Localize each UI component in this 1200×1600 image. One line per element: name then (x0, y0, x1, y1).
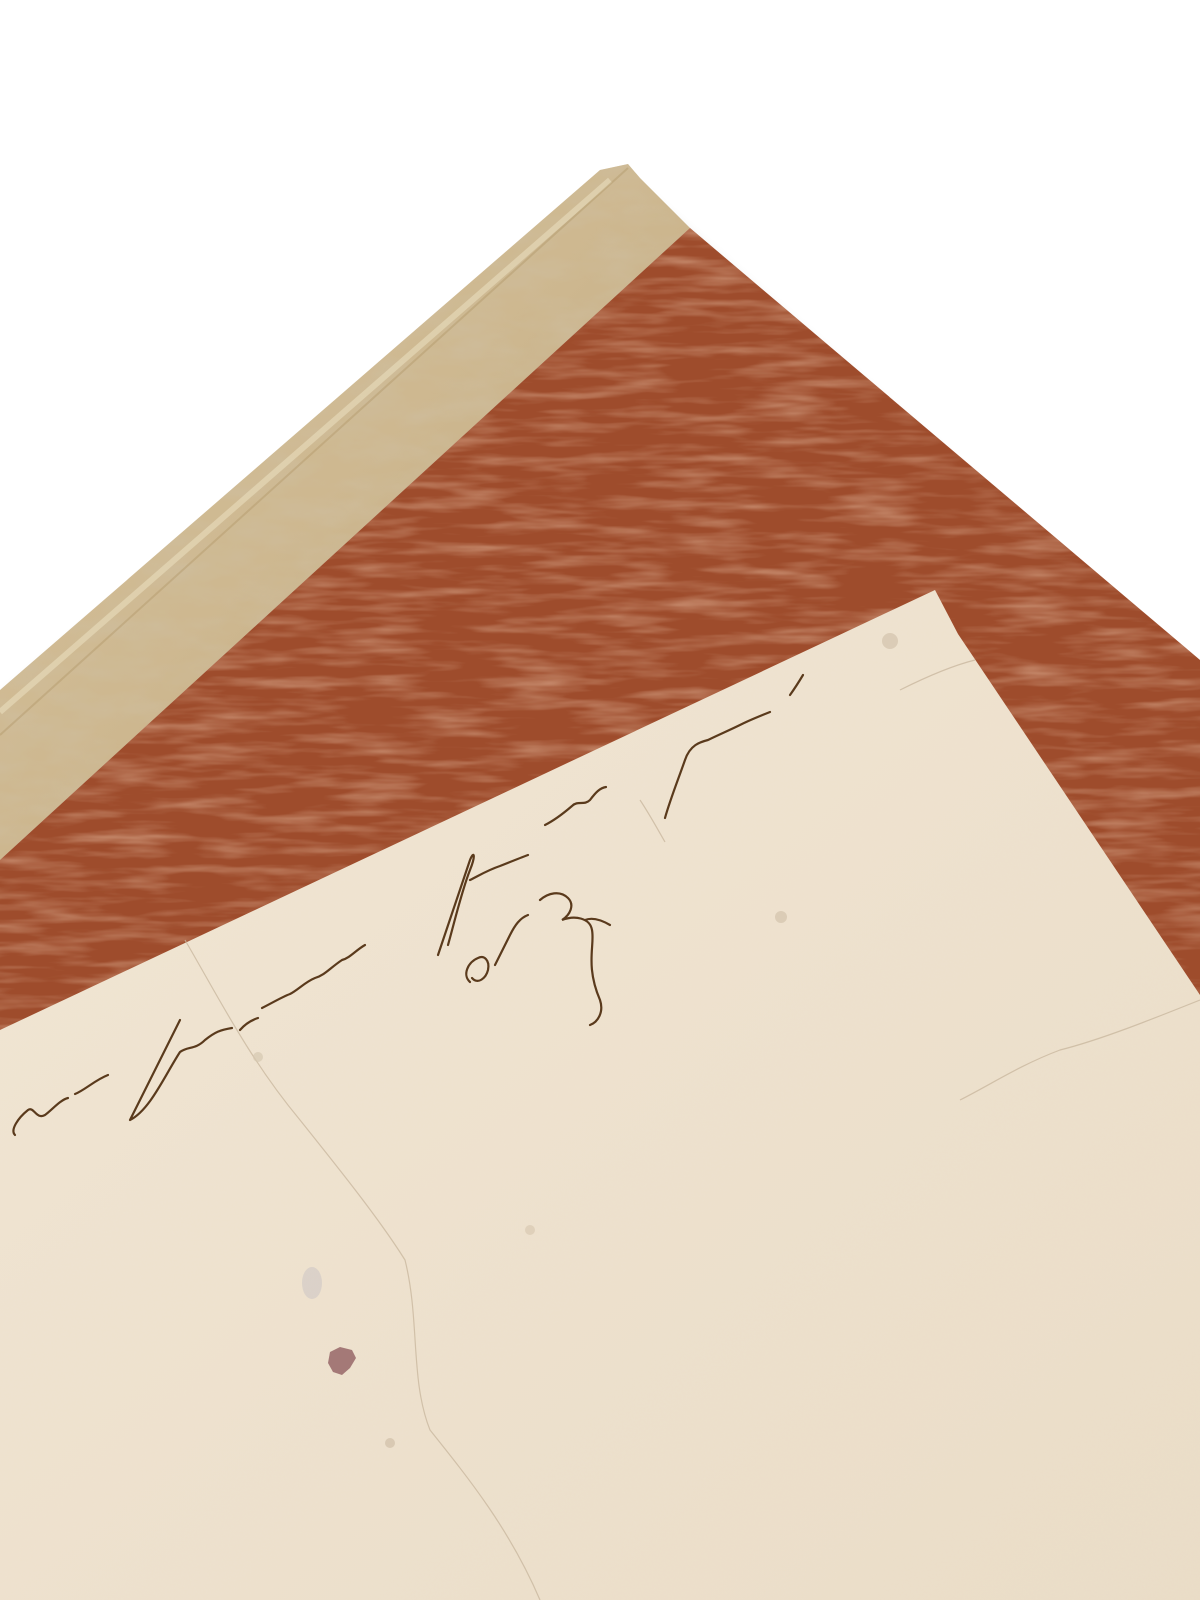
book-illustration (0, 0, 1200, 1600)
photo-scene: …vis sera remis sous dix jours de B… Clo… (0, 0, 1200, 1600)
